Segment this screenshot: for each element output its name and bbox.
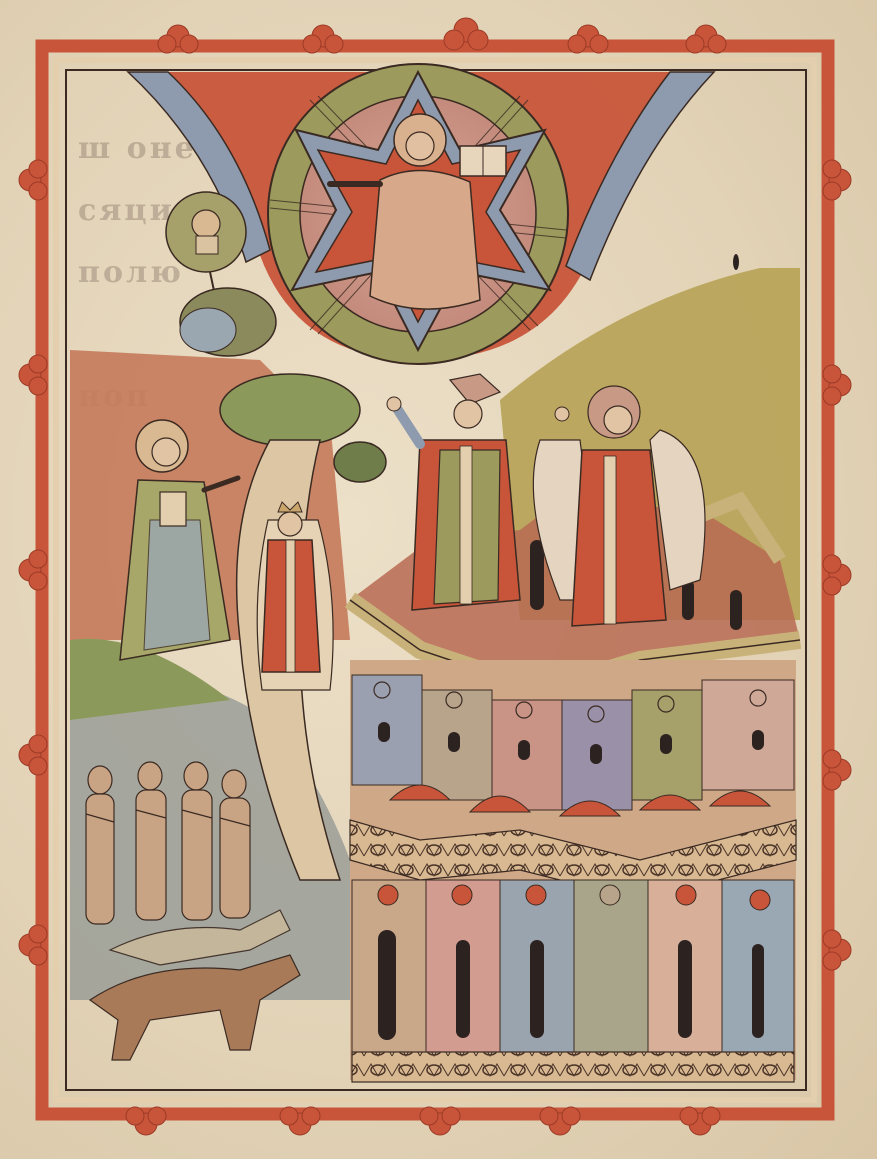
christ-in-glory (268, 64, 568, 364)
ink-mark (733, 254, 739, 270)
heavenly-city (350, 660, 796, 1082)
lower-arcade (352, 880, 794, 1052)
manuscript-page: ш оне сяци полю ноп (0, 0, 877, 1159)
miniature-illustration (0, 0, 877, 1159)
